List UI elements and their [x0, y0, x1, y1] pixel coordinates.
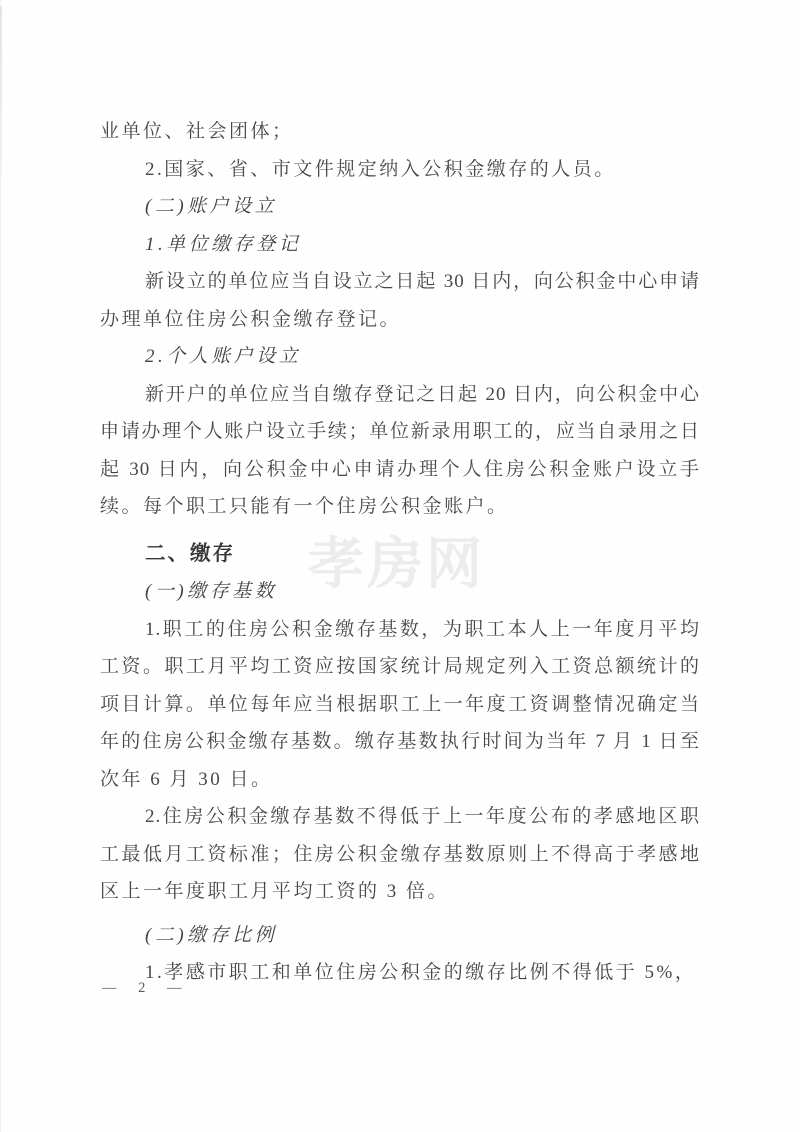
- text-line: 2.个人账户设立: [100, 338, 700, 376]
- text-line: 业单位、社会团体；: [100, 113, 700, 151]
- page-number: — 2 —: [102, 980, 191, 997]
- document-body: 业单位、社会团体；2.国家、省、市文件规定纳入公积金缴存的人员。(二)账户设立1…: [100, 113, 700, 992]
- text-line: 次年 6 月 30 日。: [100, 761, 700, 799]
- text-line: 二、缴存: [100, 536, 700, 574]
- text-line: 新设立的单位应当自设立之日起 30 日内，向公积金中心申请: [100, 263, 700, 301]
- text-line: 新开户的单位应当自缴存登记之日起 20 日内，向公积金中心: [100, 376, 700, 414]
- text-line: 工最低月工资标准；住房公积金缴存基数原则上不得高于孝感地: [100, 836, 700, 874]
- text-line: 2.国家、省、市文件规定纳入公积金缴存的人员。: [100, 151, 700, 189]
- text-line: 区上一年度职工月平均工资的 3 倍。: [100, 873, 700, 911]
- text-line: 申请办理个人账户设立手续；单位新录用职工的，应当自录用之日: [100, 413, 700, 451]
- text-line: 起 30 日内，向公积金中心申请办理个人住房公积金账户设立手: [100, 451, 700, 489]
- text-line: (二)缴存比例: [100, 917, 700, 955]
- text-line: 办理单位住房公积金缴存登记。: [100, 301, 700, 339]
- text-line: 续。每个职工只能有一个住房公积金账户。: [100, 488, 700, 526]
- scan-edge-artifact: [0, 6, 2, 176]
- text-line: (二)账户设立: [100, 188, 700, 226]
- text-line: (一)缴存基数: [100, 573, 700, 611]
- text-line: 1.单位缴存登记: [100, 226, 700, 264]
- text-line: 年的住房公积金缴存基数。缴存基数执行时间为当年 7 月 1 日至: [100, 723, 700, 761]
- text-line: 项目计算。单位每年应当根据职工上一年度工资调整情况确定当: [100, 686, 700, 724]
- text-line: 1.职工的住房公积金缴存基数，为职工本人上一年度月平均: [100, 611, 700, 649]
- scanned-document-page: 孝房网 业单位、社会团体；2.国家、省、市文件规定纳入公积金缴存的人员。(二)账…: [0, 0, 800, 1132]
- text-line: 2.住房公积金缴存基数不得低于上一年度公布的孝感地区职: [100, 798, 700, 836]
- text-line: 工资。职工月平均工资应按国家统计局规定列入工资总额统计的: [100, 648, 700, 686]
